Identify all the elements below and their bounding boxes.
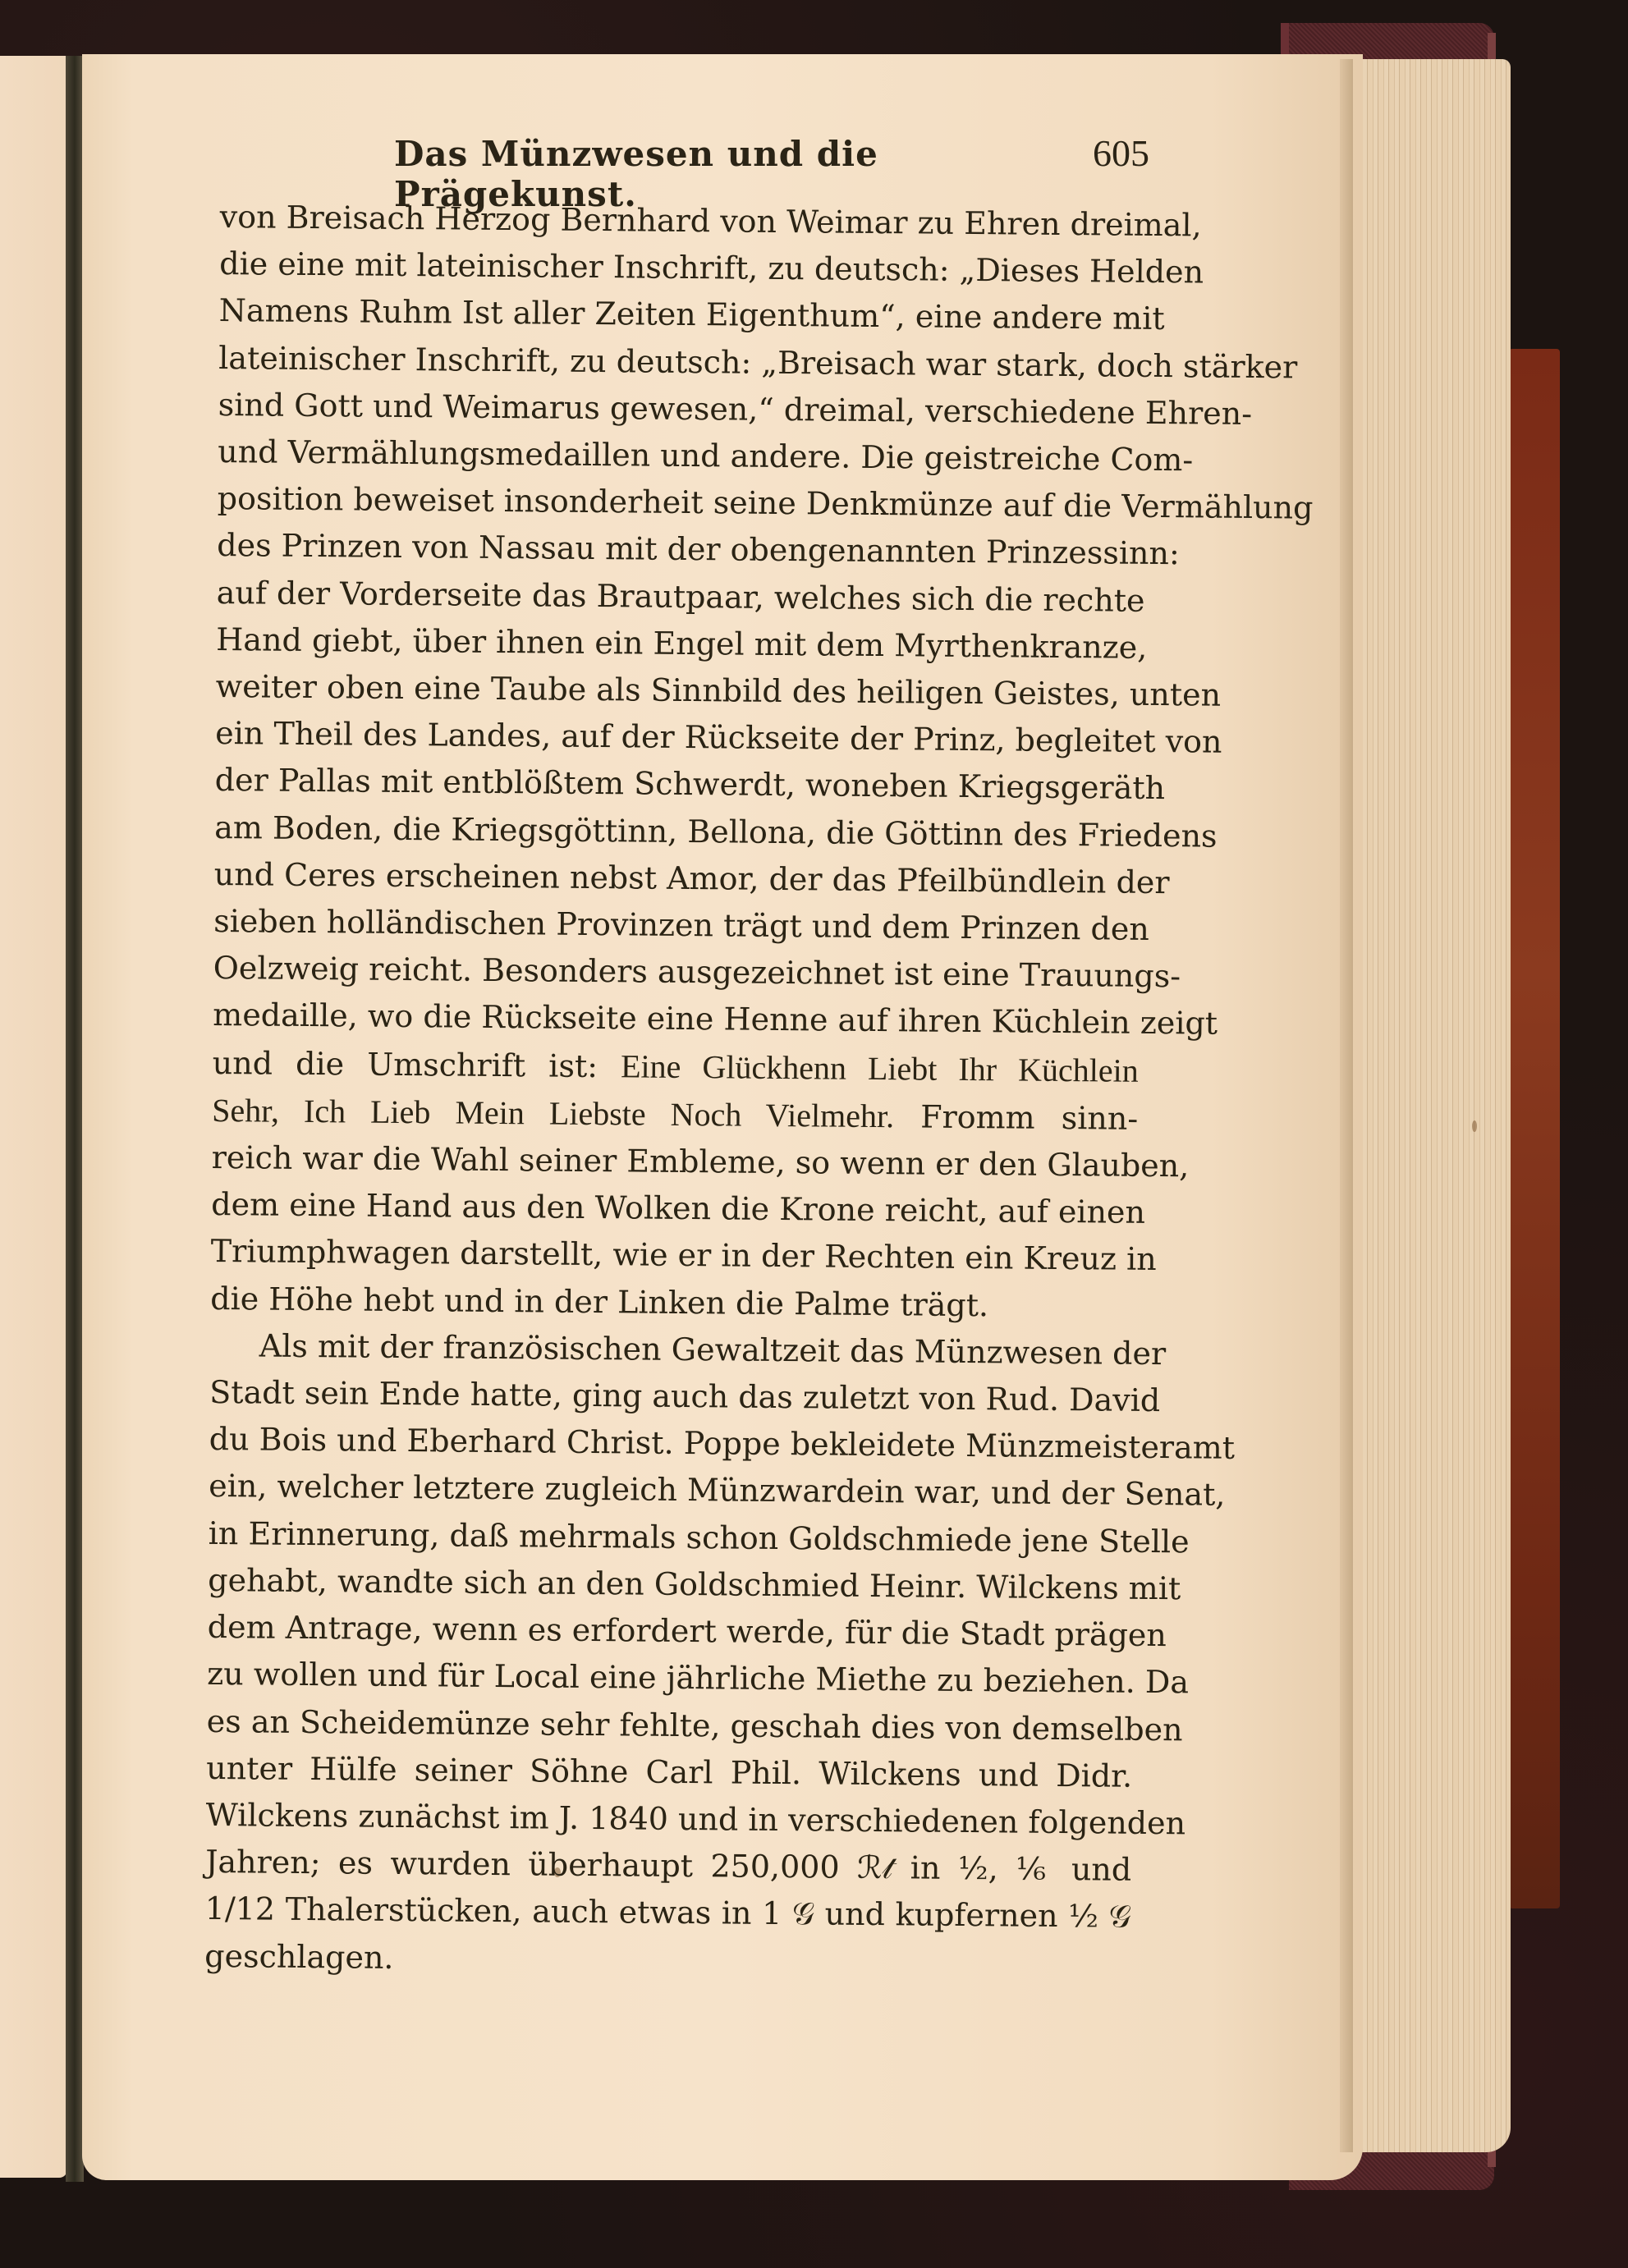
text-line: sieben holländischen Provinzen trägt und…	[213, 898, 1140, 953]
text-line: gehabt, wandte sich an den Goldschmied H…	[208, 1557, 1134, 1612]
text-line: zu wollen und für Local eine jährliche M…	[207, 1651, 1133, 1706]
paper-stain	[1472, 1120, 1477, 1132]
text-line: Jahren; es wurden überhaupt 250,000 ℛ𝓉 i…	[205, 1839, 1131, 1894]
text-line: der Pallas mit entblößtem Schwerdt, wone…	[215, 757, 1141, 812]
text-line: Hand giebt, über ihnen ein Engel mit dem…	[216, 616, 1142, 671]
paragraph-first-line: Als mit der französischen Gewaltzeit das…	[210, 1322, 1136, 1377]
book-cover-leather-patch	[1509, 349, 1560, 1908]
text-line: sind Gott und Weimarus gewesen,“ dreimal…	[218, 382, 1144, 437]
text-line: dem Antrage, wenn es erfordert werde, fü…	[208, 1604, 1134, 1659]
text-line: am Boden, die Kriegsgöttinn, Bellona, di…	[214, 804, 1140, 859]
text-line: weiter oben eine Taube als Sinnbild des …	[216, 663, 1142, 718]
text-line: die Höhe hebt und in der Linken die Palm…	[210, 1276, 1136, 1331]
text-line: medaille, wo die Rückseite eine Henne au…	[213, 992, 1139, 1047]
text-line: geschlagen.	[204, 1932, 1130, 1987]
text-line: Wilckens zunächst im J. 1840 und in vers…	[206, 1792, 1132, 1847]
text-segment: und die Umschrift ist:	[213, 1045, 598, 1084]
text-line: und Vermählungsmedaillen und andere. Die…	[218, 428, 1144, 483]
text-line: Triumphwagen darstellt, wie er in der Re…	[211, 1228, 1137, 1283]
text-line: lateinischer Inschrift, zu deutsch: „Bre…	[218, 335, 1144, 390]
text-line: 1/12 Thalerstücken, auch etwas in 1 𝒢 un…	[205, 1885, 1131, 1940]
inscription-text: Sehr, Ich Lieb Mein Liebste Noch Vielmeh…	[212, 1092, 894, 1134]
text-line: auf der Vorderseite das Brautpaar, welch…	[217, 570, 1143, 625]
text-segment: Fromm sinn-	[920, 1098, 1138, 1136]
text-line: Namens Ruhm Ist aller Zeiten Eigenthum“,…	[219, 287, 1145, 342]
page-edge-shadow	[1340, 59, 1353, 2152]
text-line: die eine mit lateinischer Inschrift, zu …	[219, 241, 1145, 296]
text-line: position beweiset insonderheit seine Den…	[218, 475, 1144, 530]
text-line: dem eine Hand aus den Wolken die Krone r…	[211, 1181, 1137, 1236]
text-line: und Ceres erscheinen nebst Amor, der das…	[214, 851, 1140, 906]
page-number: 605	[1093, 131, 1149, 175]
body-text: von Breisach Herzog Bernhard von Weimar …	[204, 194, 1146, 1987]
text-line: reich war die Wahl seiner Embleme, so we…	[211, 1134, 1137, 1189]
facing-page-left	[0, 56, 67, 2178]
text-line-with-inscription: Sehr, Ich Lieb Mein Liebste Noch Vielmeh…	[212, 1087, 1138, 1143]
text-line: Stadt sein Ende hatte, ging auch das zul…	[209, 1369, 1135, 1424]
text-line: von Breisach Herzog Bernhard von Weimar …	[220, 194, 1146, 249]
page-block-edges	[1346, 59, 1511, 2152]
text-line: unter Hülfe seiner Söhne Carl Phil. Wilc…	[206, 1745, 1132, 1800]
text-line: ein Theil des Landes, auf der Rückseite …	[215, 710, 1141, 765]
inscription-text: Eine Glückhenn Liebt Ihr Küchlein	[621, 1047, 1139, 1089]
text-line: in Erinnerung, daß mehrmals schon Goldsc…	[209, 1510, 1135, 1565]
text-line: du Bois und Eberhard Christ. Poppe bekle…	[209, 1416, 1135, 1471]
text-line-with-inscription: und die Umschrift ist: Eine Glückhenn Li…	[213, 1039, 1139, 1095]
text-line: es an Scheidemünze sehr fehlte, geschah …	[207, 1698, 1133, 1753]
text-line: ein, welcher letztere zugleich Münzwarde…	[209, 1463, 1135, 1518]
text-line: Oelzweig reicht. Besonders ausgezeichnet…	[213, 945, 1140, 1000]
book-gutter	[66, 56, 84, 2182]
text-line: des Prinzen von Nassau mit der obengenan…	[217, 522, 1143, 577]
